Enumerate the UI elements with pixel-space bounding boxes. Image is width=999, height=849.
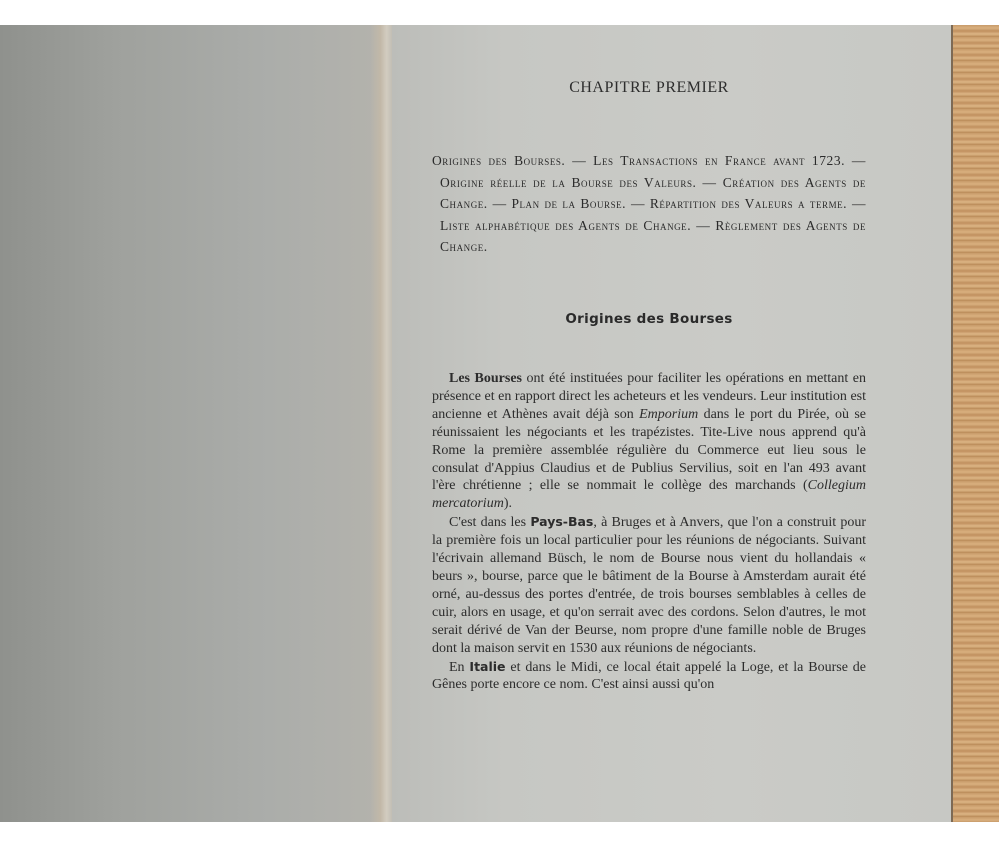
bold-term: Les Bourses (449, 371, 522, 386)
right-page: CHAPITRE PREMIER Origines des Bourses. —… (392, 25, 955, 822)
chapter-title: CHAPITRE PREMIER (432, 79, 866, 97)
book-photo: CHAPITRE PREMIER Origines des Bourses. —… (0, 25, 999, 822)
bold-term: Pays-Bas (530, 514, 593, 529)
italic-term: Emporium (639, 407, 698, 422)
chapter-summary: Origines des Bourses. — Les Transactions… (432, 150, 866, 258)
section-title: Origines des Bourses (432, 311, 866, 327)
paragraph-2: C'est dans les Pays-Bas, à Bruges et à A… (432, 513, 866, 657)
paragraph-3: En Italie et dans le Midi, ce local étai… (432, 658, 866, 695)
paragraph-1: Les Bourses ont été instituées pour faci… (432, 370, 866, 513)
bold-term: Italie (469, 659, 505, 674)
left-page-blank (0, 25, 384, 822)
body-text: Les Bourses ont été instituées pour faci… (432, 370, 866, 694)
wooden-table (953, 25, 999, 822)
